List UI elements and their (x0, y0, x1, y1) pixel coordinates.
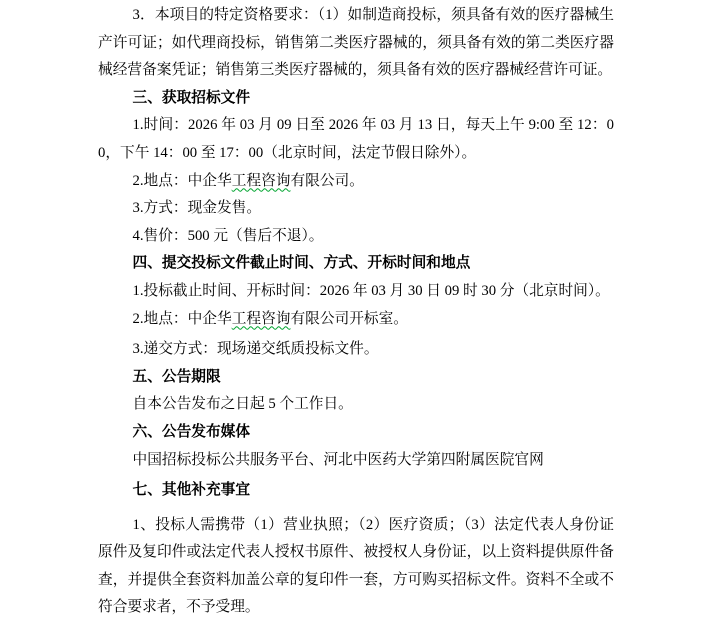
document-page: 3．本项目的特定资格要求：（1）如制造商投标，须具备有效的医疗器械生产许可证；如… (0, 0, 710, 635)
text-run: 六、公告发布媒体 (133, 424, 251, 440)
spellcheck-underline: 工程咨询 (232, 311, 291, 327)
text-run: 1.时间：2026 年 03 月 09 日至 2026 年 03 月 13 日，… (98, 117, 614, 161)
paragraph: 2.地点：中企华工程咨询有限公司开标室。 (98, 306, 614, 334)
text-run: 中国招标投标公共服务平台、河北中医药大学第四附属医院官网 (133, 452, 544, 468)
text-run: 有限公司开标室。 (290, 311, 408, 327)
section-heading: 五、公告期限 (98, 364, 614, 392)
text-run: 1.投标截止时间、开标时间：2026 年 03 月 30 日 09 时 30 分… (133, 283, 610, 299)
text-run: 2.地点：中企华 (133, 173, 232, 189)
text-run: 三、获取招标文件 (133, 90, 251, 106)
text-run: 3.方式：现金发售。 (133, 200, 262, 216)
text-run: 四、提交投标文件截止时间、方式、开标时间和地点 (133, 255, 471, 271)
section-heading: 三、获取招标文件 (98, 85, 614, 113)
section-heading: 七、其他补充事宜 (98, 477, 614, 505)
section-heading: 四、提交投标文件截止时间、方式、开标时间和地点 (98, 250, 614, 278)
text-run: 4.售价：500 元（售后不退）。 (133, 228, 324, 244)
text-run: 3．本项目的特定资格要求：（1）如制造商投标，须具备有效的医疗器械生产许可证；如… (98, 7, 614, 78)
section-heading: 六、公告发布媒体 (98, 419, 614, 447)
paragraph: 4.售价：500 元（售后不退）。 (98, 223, 614, 251)
spellcheck-underline: 工程咨询 (232, 173, 291, 189)
paragraph: 中国招标投标公共服务平台、河北中医药大学第四附属医院官网 (98, 447, 614, 475)
text-run: 1、投标人需携带（1）营业执照；（2）医疗资质；（3）法定代表人身份证原件及复印… (98, 517, 614, 616)
paragraph: 1、投标人需携带（1）营业执照；（2）医疗资质；（3）法定代表人身份证原件及复印… (98, 512, 614, 622)
text-run: 有限公司。 (290, 173, 363, 189)
paragraph: 3.递交方式：现场递交纸质投标文件。 (98, 336, 614, 364)
text-run: 五、公告期限 (133, 369, 221, 385)
text-run: 2.地点：中企华 (133, 311, 232, 327)
paragraph: 1.投标截止时间、开标时间：2026 年 03 月 30 日 09 时 30 分… (98, 278, 614, 306)
text-run: 七、其他补充事宜 (133, 482, 251, 498)
paragraph: 1.时间：2026 年 03 月 09 日至 2026 年 03 月 13 日，… (98, 112, 614, 167)
document-body: 3．本项目的特定资格要求：（1）如制造商投标，须具备有效的医疗器械生产许可证；如… (98, 2, 614, 622)
text-run: 自本公告发布之日起 5 个工作日。 (133, 396, 353, 412)
paragraph: 3.方式：现金发售。 (98, 195, 614, 223)
paragraph: 自本公告发布之日起 5 个工作日。 (98, 391, 614, 419)
text-run: 3.递交方式：现场递交纸质投标文件。 (133, 341, 379, 357)
paragraph: 3．本项目的特定资格要求：（1）如制造商投标，须具备有效的医疗器械生产许可证；如… (98, 2, 614, 85)
paragraph: 2.地点：中企华工程咨询有限公司。 (98, 168, 614, 196)
